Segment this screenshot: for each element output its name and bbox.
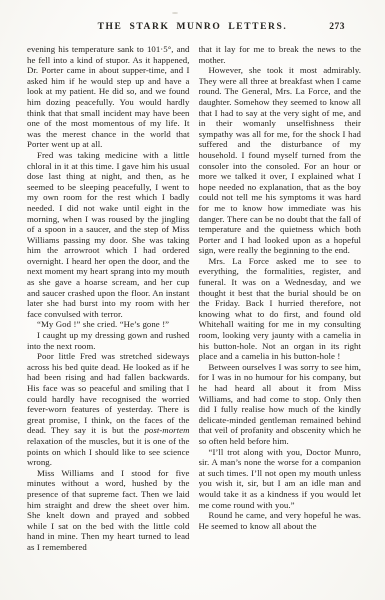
paragraph: that it lay for me to break the news to … xyxy=(199,44,362,65)
right-column: that it lay for me to break the news to … xyxy=(199,44,362,582)
paragraph: Poor little Fred was stretched sideways … xyxy=(27,351,190,468)
page-header: THE STARK MUNRO LETTERS. 273 xyxy=(27,22,358,35)
paragraph: Miss Williams and I stood for five minut… xyxy=(27,468,190,553)
paragraph: Between ourselves I was sorry to see him… xyxy=(199,362,362,447)
paragraph: “I’ll trot along with you, Doctor Munro,… xyxy=(199,447,362,511)
running-title: THE STARK MUNRO LETTERS. xyxy=(27,22,358,32)
left-column: evening his temperature sank to 101·5°, … xyxy=(27,44,190,582)
paragraph: “My God !” she cried. “He’s gone !” xyxy=(27,319,190,330)
page-number: 273 xyxy=(329,22,345,32)
paragraph: Fred was taking medicine with a little c… xyxy=(27,150,190,320)
paragraph: However, she took it most admirably. The… xyxy=(199,65,362,256)
paragraph: Mrs. La Force asked me to see to everyth… xyxy=(199,256,362,362)
paragraph: Round he came, and very hopeful he was. … xyxy=(199,510,362,531)
paragraph: I caught up my dressing gown and rushed … xyxy=(27,330,190,351)
scan-artifact xyxy=(172,12,178,14)
paragraph: evening his temperature sank to 101·5°, … xyxy=(27,44,190,150)
book-page: THE STARK MUNRO LETTERS. 273 evening his… xyxy=(0,0,385,600)
text-columns: evening his temperature sank to 101·5°, … xyxy=(27,44,361,582)
